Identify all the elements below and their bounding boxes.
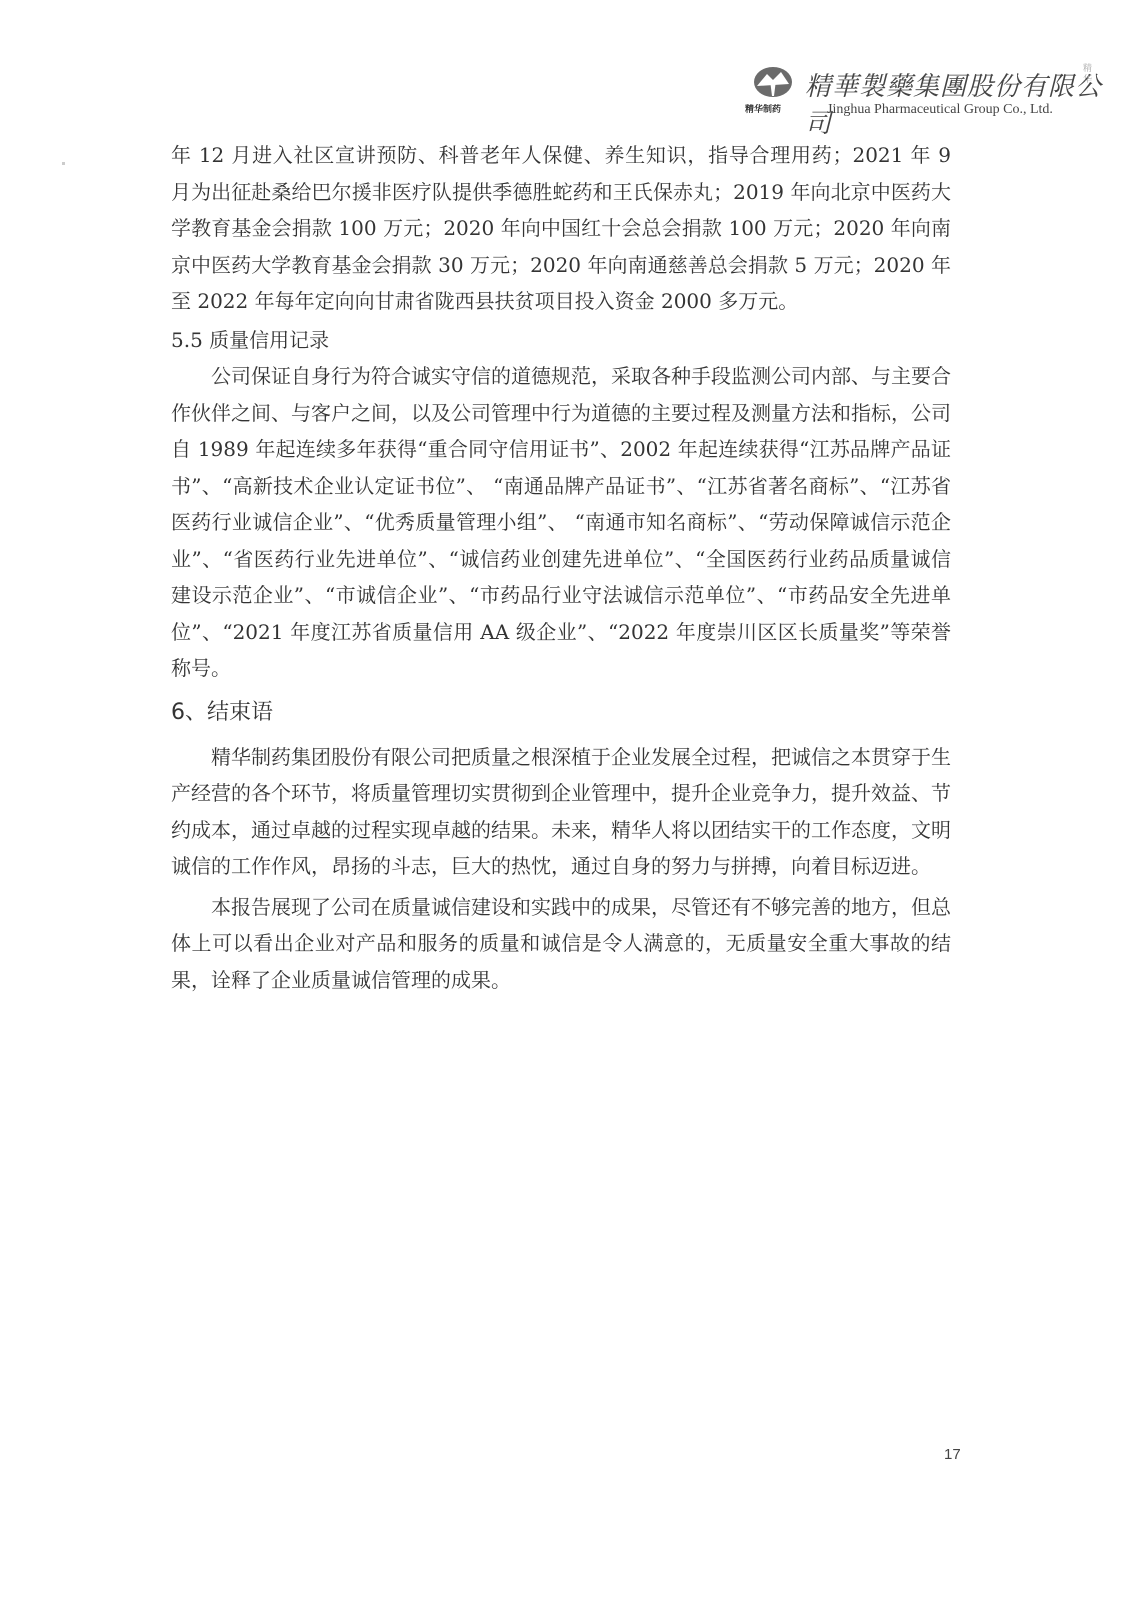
paragraph-quality-credit: 公司保证自身行为符合诚实守信的道德规范，采取各种手段监测公司内部、与主要合作伙伴… [171,358,951,687]
company-name-en: Jinghua Pharmaceutical Group Co., Ltd. [827,102,1053,118]
page-number: 17 [944,1446,961,1463]
scan-artifact [62,162,65,165]
paragraph-conclusion-1: 精华制药集团股份有限公司把质量之根深植于企业发展全过程，把诚信之本贯穿于生产经营… [171,739,951,885]
logo-caption: 精华制药 [745,102,781,115]
document-body: 年 12 月进入社区宣讲预防、科普老年人保健、养生知识，指导合理用药；2021 … [171,137,951,998]
seal-stamp: 精华 [1083,64,1097,108]
section-title-6: 6、结束语 [171,691,951,735]
paragraph-continued: 年 12 月进入社区宣讲预防、科普老年人保健、养生知识，指导合理用药；2021 … [171,137,951,320]
section-title-5-5: 5.5 质量信用记录 [171,322,951,359]
company-logo-icon [753,66,793,98]
paragraph-conclusion-2: 本报告展现了公司在质量诚信建设和实践中的成果，尽管还有不够完善的地方，但总体上可… [171,889,951,999]
page-header: 精华制药 精華製藥集團股份有限公司 Jinghua Pharmaceutical… [745,64,1115,124]
